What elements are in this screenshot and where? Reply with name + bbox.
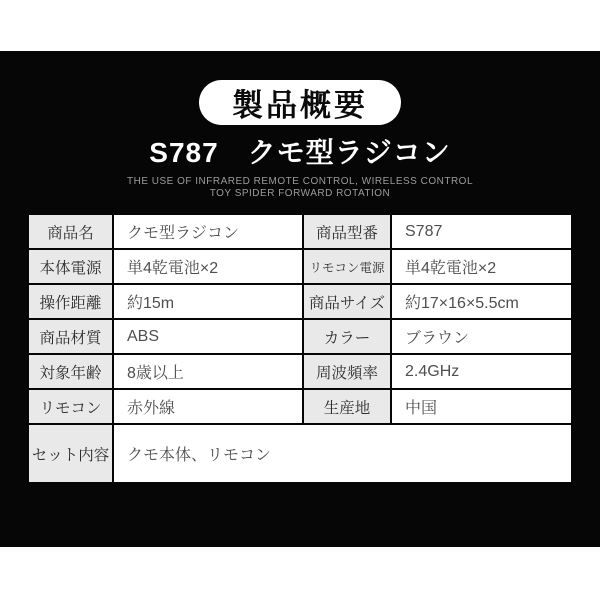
spec-value-model-number: S787	[392, 215, 571, 248]
product-subtitle-line1: THE USE OF INFRARED REMOTE CONTROL, WIRE…	[0, 176, 600, 188]
spec-value-origin: 中国	[392, 390, 571, 423]
product-subtitle-line2: TOY SPIDER FORWARD ROTATION	[0, 188, 600, 200]
product-overview-section: 製品概要 S787 クモ型ラジコン THE USE OF INFRARED RE…	[0, 51, 600, 547]
spec-value-product-size: 約17×16×5.5cm	[392, 285, 571, 318]
spec-label-frequency: 周波頻率	[304, 355, 390, 388]
product-subtitle: THE USE OF INFRARED REMOTE CONTROL, WIRE…	[0, 176, 600, 200]
spec-value-frequency: 2.4GHz	[392, 355, 571, 388]
product-title: S787 クモ型ラジコン	[0, 131, 600, 171]
spec-value-material: ABS	[114, 320, 302, 353]
spec-value-operating-distance: 約15m	[114, 285, 302, 318]
overview-badge: 製品概要	[199, 80, 401, 125]
spec-row: 商品材質 ABS カラー ブラウン	[29, 320, 571, 353]
spec-row: 対象年齢 8歳以上 周波頻率 2.4GHz	[29, 355, 571, 388]
spec-value-remote-type: 赤外線	[114, 390, 302, 423]
spec-label-remote-type: リモコン	[29, 390, 112, 423]
spec-value-set-contents: クモ本体、リモコン	[114, 425, 571, 482]
spec-row: 操作距離 約15m 商品サイズ 約17×16×5.5cm	[29, 285, 571, 318]
spec-label-set-contents: セット内容	[29, 425, 112, 482]
spec-row: リモコン 赤外線 生産地 中国	[29, 390, 571, 423]
spec-label-material: 商品材質	[29, 320, 112, 353]
spec-label-model-number: 商品型番	[304, 215, 390, 248]
spec-row: 本体電源 単4乾電池×2 リモコン電源 単4乾電池×2	[29, 250, 571, 283]
spec-value-product-name: クモ型ラジコン	[114, 215, 302, 248]
spec-value-color: ブラウン	[392, 320, 571, 353]
spec-label-operating-distance: 操作距離	[29, 285, 112, 318]
spec-label-product-size: 商品サイズ	[304, 285, 390, 318]
spec-row-set-contents: セット内容 クモ本体、リモコン	[29, 425, 571, 482]
spec-label-origin: 生産地	[304, 390, 390, 423]
spec-value-target-age: 8歳以上	[114, 355, 302, 388]
spec-label-remote-power: リモコン電源	[304, 250, 390, 283]
spec-label-target-age: 対象年齢	[29, 355, 112, 388]
overview-badge-label: 製品概要	[232, 80, 368, 125]
spec-label-body-power: 本体電源	[29, 250, 112, 283]
spec-label-color: カラー	[304, 320, 390, 353]
spec-label-product-name: 商品名	[29, 215, 112, 248]
spec-value-remote-power: 単4乾電池×2	[392, 250, 571, 283]
page-canvas: 製品概要 S787 クモ型ラジコン THE USE OF INFRARED RE…	[0, 0, 600, 600]
spec-value-body-power: 単4乾電池×2	[114, 250, 302, 283]
spec-row: 商品名 クモ型ラジコン 商品型番 S787	[29, 215, 571, 248]
spec-table: 商品名 クモ型ラジコン 商品型番 S787 本体電源 単4乾電池×2 リモコン電…	[27, 213, 573, 484]
